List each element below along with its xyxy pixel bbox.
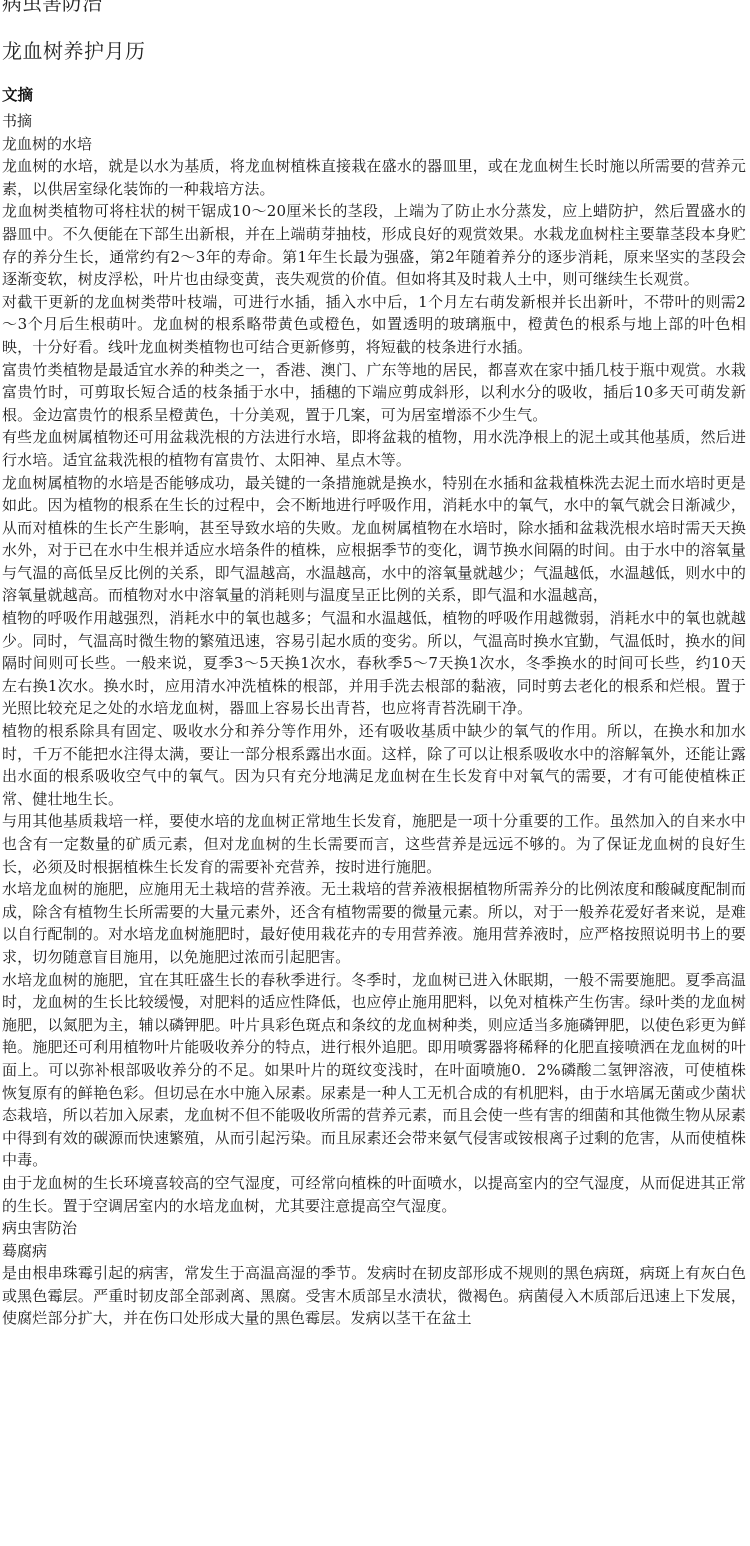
paragraph: 有些龙血树属植物还可用盆栽洗根的方法进行水培，即将盆栽的植物，用水洗净根上的泥土… xyxy=(2,426,746,471)
top-cut-heading: 病虫害防治 xyxy=(2,0,746,15)
disease-paragraph: 是由根串珠霉引起的病害，常发生于高温高湿的季节。发病时在韧皮部形成不规则的黑色病… xyxy=(2,1262,746,1330)
pest-section-label: 病虫害防治 xyxy=(2,1217,746,1240)
paragraph: 水培龙血树的施肥，应施用无土栽培的营养液。无土栽培的营养液根据植物所需养分的比例… xyxy=(2,878,746,968)
paragraph: 富贵竹类植物是最适宜水养的种类之一，香港、澳门、广东等地的居民，都喜欢在家中插几… xyxy=(2,359,746,427)
document-title: 龙血树养护月历 xyxy=(2,38,746,64)
paragraph: 植物的根系除具有固定、吸收水分和养分等作用外，还有吸收基质中缺少的氧气的作用。所… xyxy=(2,720,746,810)
paragraph: 与用其他基质栽培一样，要使水培的龙血树正常地生长发育，施肥是一项十分重要的工作。… xyxy=(2,810,746,878)
document-page: 病虫害防治 龙血树养护月历 文摘 书摘 龙血树的水培 龙血树的水培，就是以水为基… xyxy=(2,0,746,1330)
paragraph: 龙血树属植物的水培是否能够成功，最关键的一条措施就是换水，特别在水插和盆栽植株洗… xyxy=(2,472,746,608)
disease-name-label: 蓦腐病 xyxy=(2,1240,746,1263)
paragraph: 龙血树类植物可将柱状的树干锯成10～20厘米长的茎段，上端为了防止水分蒸发，应上… xyxy=(2,200,746,290)
paragraph: 水培龙血树的施肥，宜在其旺盛生长的春秋季进行。冬季时，龙血树已进入休眠期，一般不… xyxy=(2,969,746,1172)
paragraph: 植物的呼吸作用越强烈，消耗水中的氧也越多；气温和水温越低，植物的呼吸作用越微弱，… xyxy=(2,607,746,720)
topic-label: 龙血树的水培 xyxy=(2,133,746,156)
section-heading-digest: 文摘 xyxy=(2,84,746,106)
paragraph: 由于龙血树的生长环境喜较高的空气湿度，可经常向植株的叶面喷水，以提高室内的空气湿… xyxy=(2,1172,746,1217)
paragraph: 对截干更新的龙血树类带叶枝端，可进行水插，插入水中后，1个月左右萌发新根并长出新… xyxy=(2,291,746,359)
paragraph: 龙血树的水培，就是以水为基质，将龙血树植株直接栽在盛水的器皿里，或在龙血树生长时… xyxy=(2,155,746,200)
subsection-label: 书摘 xyxy=(2,110,746,133)
